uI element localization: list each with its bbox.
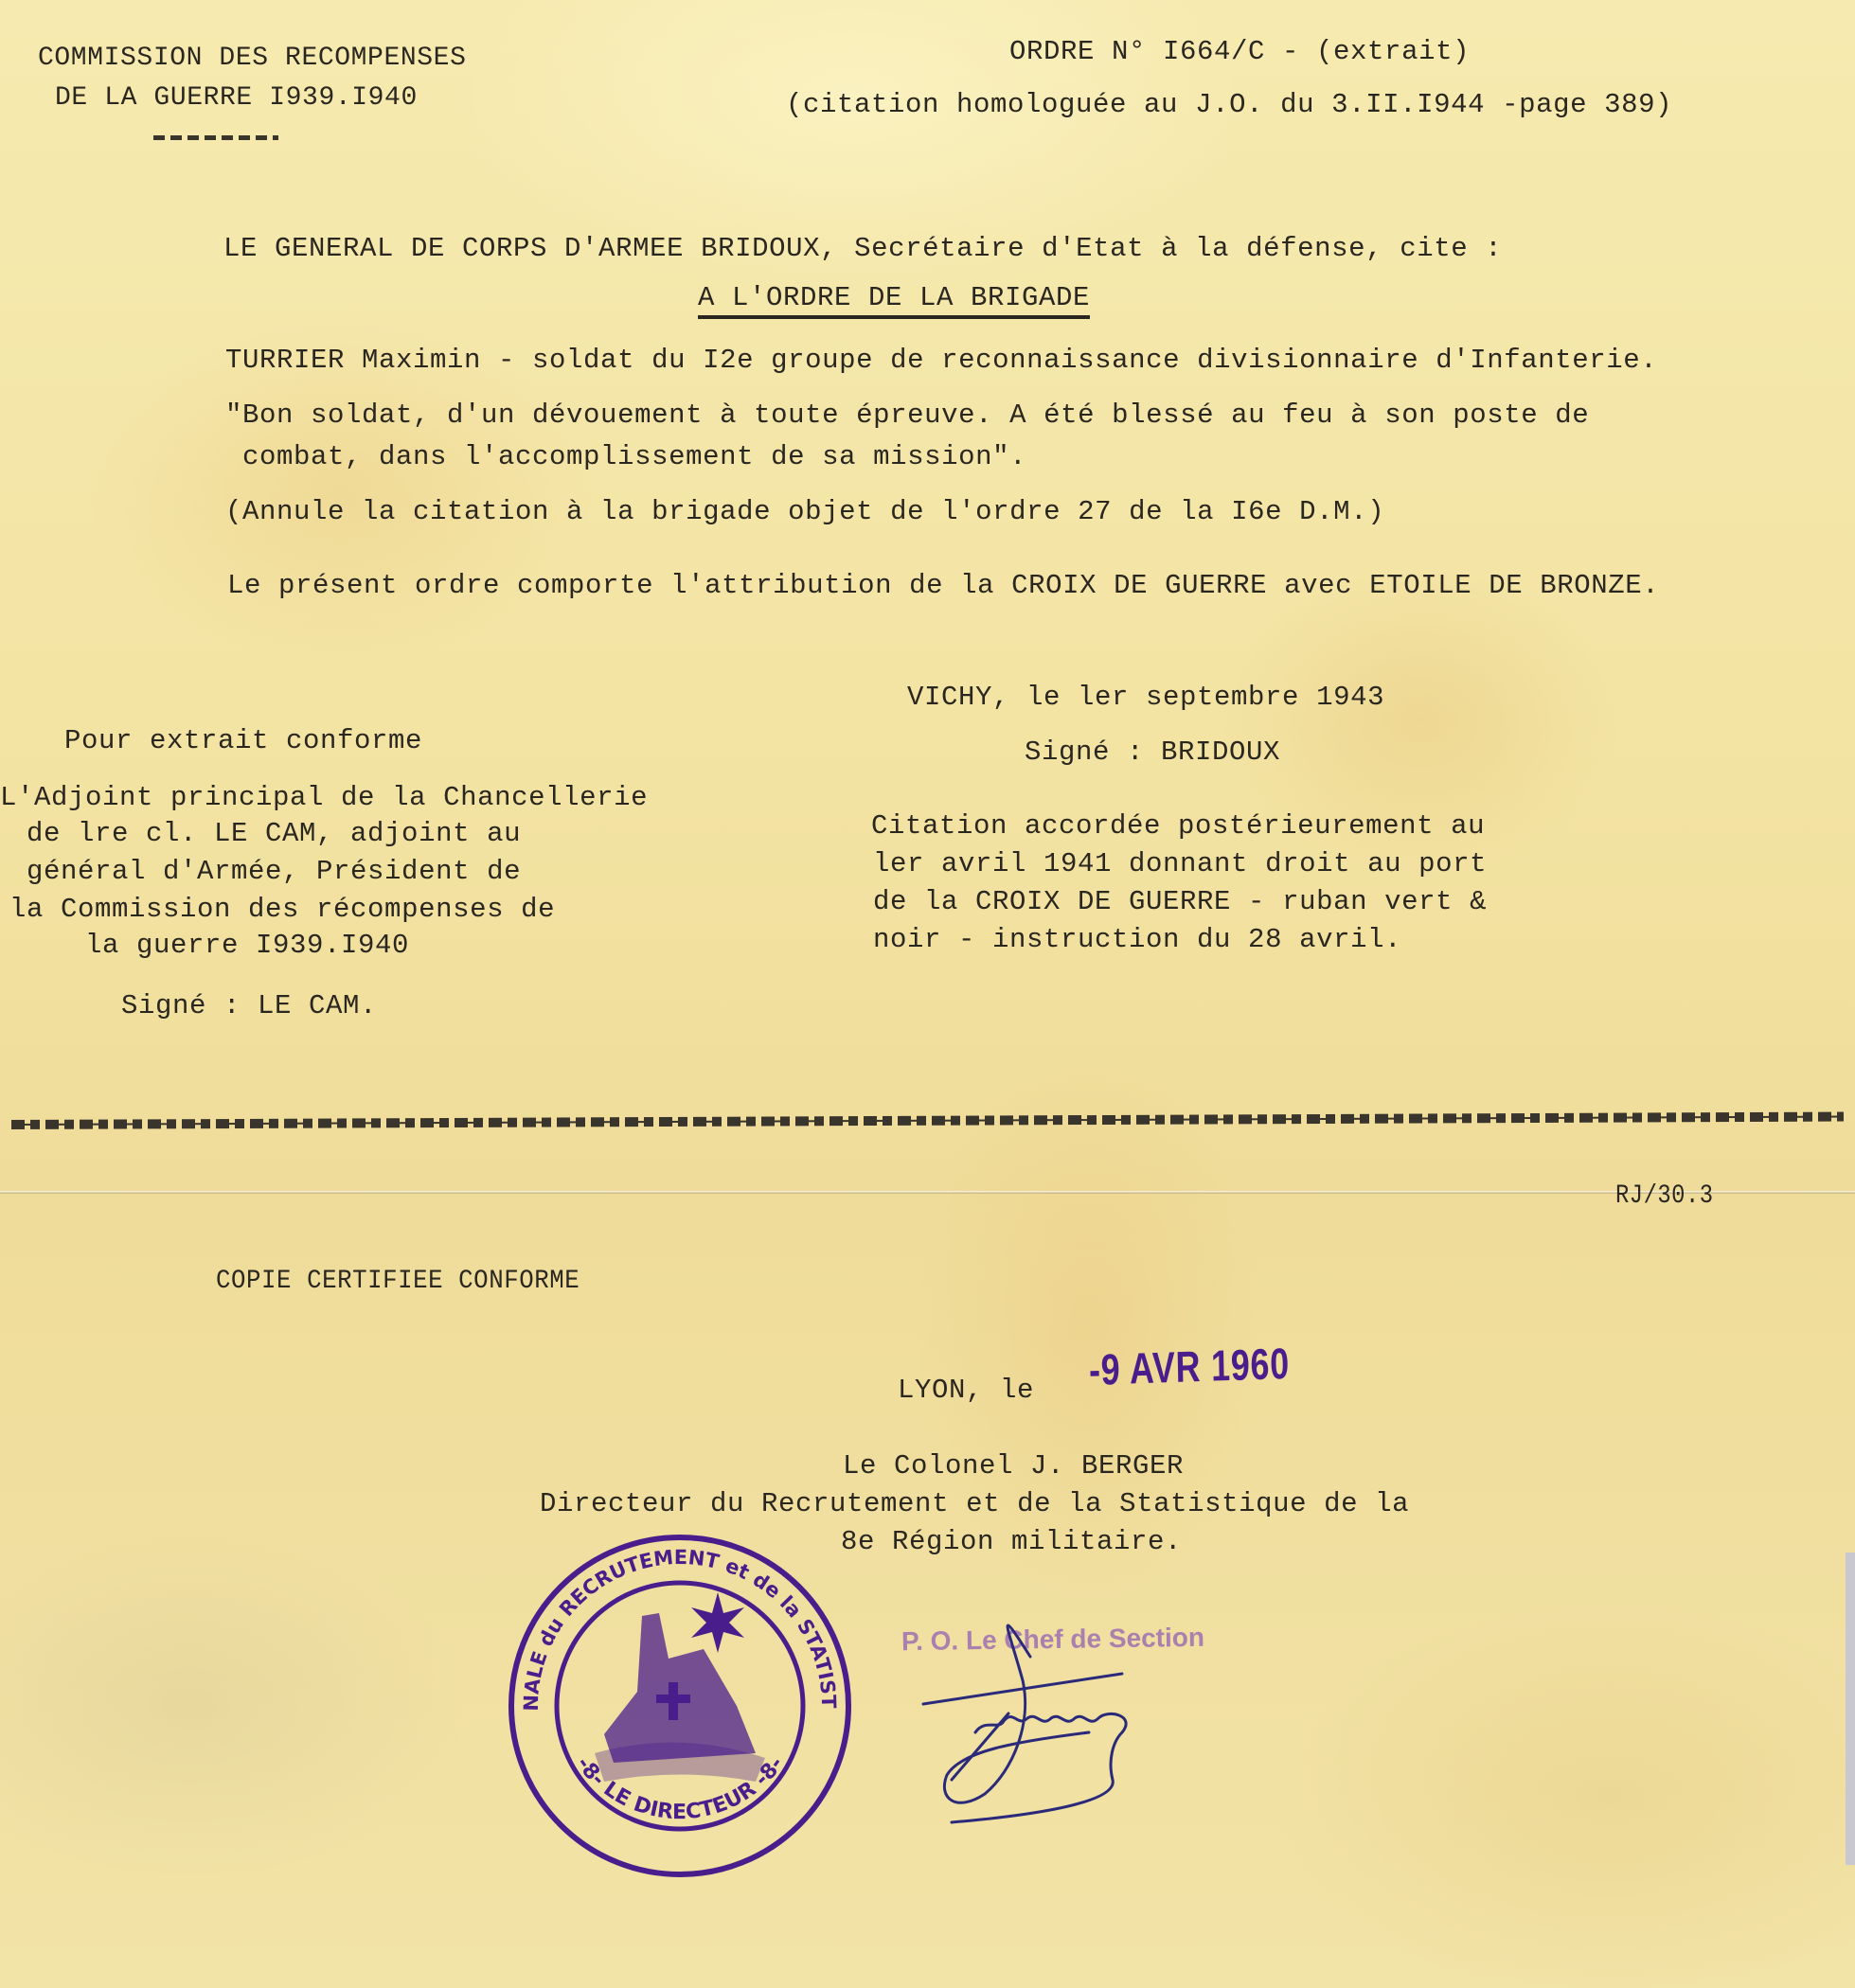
- citation-line-1: "Bon soldat, d'un dévouement à toute épr…: [225, 401, 1589, 429]
- paper-fold-line: [0, 1191, 1855, 1194]
- header-underline-dashes: [153, 135, 278, 140]
- chancellery-line-3: général d'Armée, Président de: [27, 858, 521, 885]
- officer-title-line2: 8e Région militaire.: [841, 1528, 1182, 1555]
- lyon-place: LYON, le: [898, 1376, 1034, 1404]
- seal-stamp: DIRECTION RÉGIONALE du RECRUTEMENT et de…: [500, 1526, 860, 1886]
- officer-title-line1: Directeur du Recrutement et de la Statis…: [540, 1490, 1409, 1518]
- annulment-note: (Annule la citation à la brigade objet d…: [225, 498, 1384, 525]
- award-line: Le présent ordre comporte l'attribution …: [227, 572, 1659, 599]
- order-title: A L'ORDRE DE LA BRIGADE: [698, 284, 1090, 319]
- chancellery-line-2: de lre cl. LE CAM, adjoint au: [27, 820, 521, 847]
- chancellery-line-1: L'Adjoint principal de la Chancellerie: [0, 784, 648, 811]
- commission-title-line2: DE LA GUERRE I939.I940: [55, 85, 418, 112]
- citation-line-2: combat, dans l'accomplissement de sa mis…: [242, 443, 1026, 470]
- date-stamp: -9 AVR 1960: [1088, 1338, 1290, 1395]
- lecam-signed: Signé : LE CAM.: [121, 992, 377, 1020]
- chancellery-line-4: la Commission des récompenses de: [9, 896, 555, 923]
- seal-emblem-icon: DIRECTION RÉGIONALE du RECRUTEMENT et de…: [500, 1526, 860, 1886]
- reference-code: RJ/30.3: [1615, 1183, 1714, 1210]
- signature: [919, 1609, 1165, 1837]
- certified-copy-label: COPIE CERTIFIEE CONFORME: [216, 1269, 580, 1295]
- order-number: ORDRE N° I664/C - (extrait): [1009, 38, 1470, 65]
- soldier-line: TURRIER Maximin - soldat du I2e groupe d…: [225, 346, 1657, 374]
- extract-heading: Pour extrait conforme: [64, 727, 422, 754]
- note-line-2: ler avril 1941 donnant droit au port: [873, 850, 1487, 878]
- vichy-place-date: VICHY, le ler septembre 1943: [907, 683, 1384, 711]
- officer-name: Le Colonel J. BERGER: [843, 1452, 1184, 1480]
- chancellery-line-5: la guerre I939.I940: [85, 932, 409, 959]
- paper-torn-edge: [1846, 1553, 1855, 1865]
- commission-title-line1: COMMISSION DES RECOMPENSES: [38, 45, 466, 72]
- bridoux-signed: Signé : BRIDOUX: [1025, 738, 1280, 766]
- homologation-note: (citation homologuée au J.O. du 3.II.I94…: [786, 91, 1672, 118]
- note-line-4: noir - instruction du 28 avril.: [873, 926, 1401, 953]
- note-line-3: de la CROIX DE GUERRE - ruban vert &: [873, 888, 1487, 915]
- signature-icon: [919, 1609, 1165, 1837]
- note-line-1: Citation accordée postérieurement au: [871, 812, 1485, 840]
- intro-line: LE GENERAL DE CORPS D'ARMEE BRIDOUX, Sec…: [223, 235, 1502, 262]
